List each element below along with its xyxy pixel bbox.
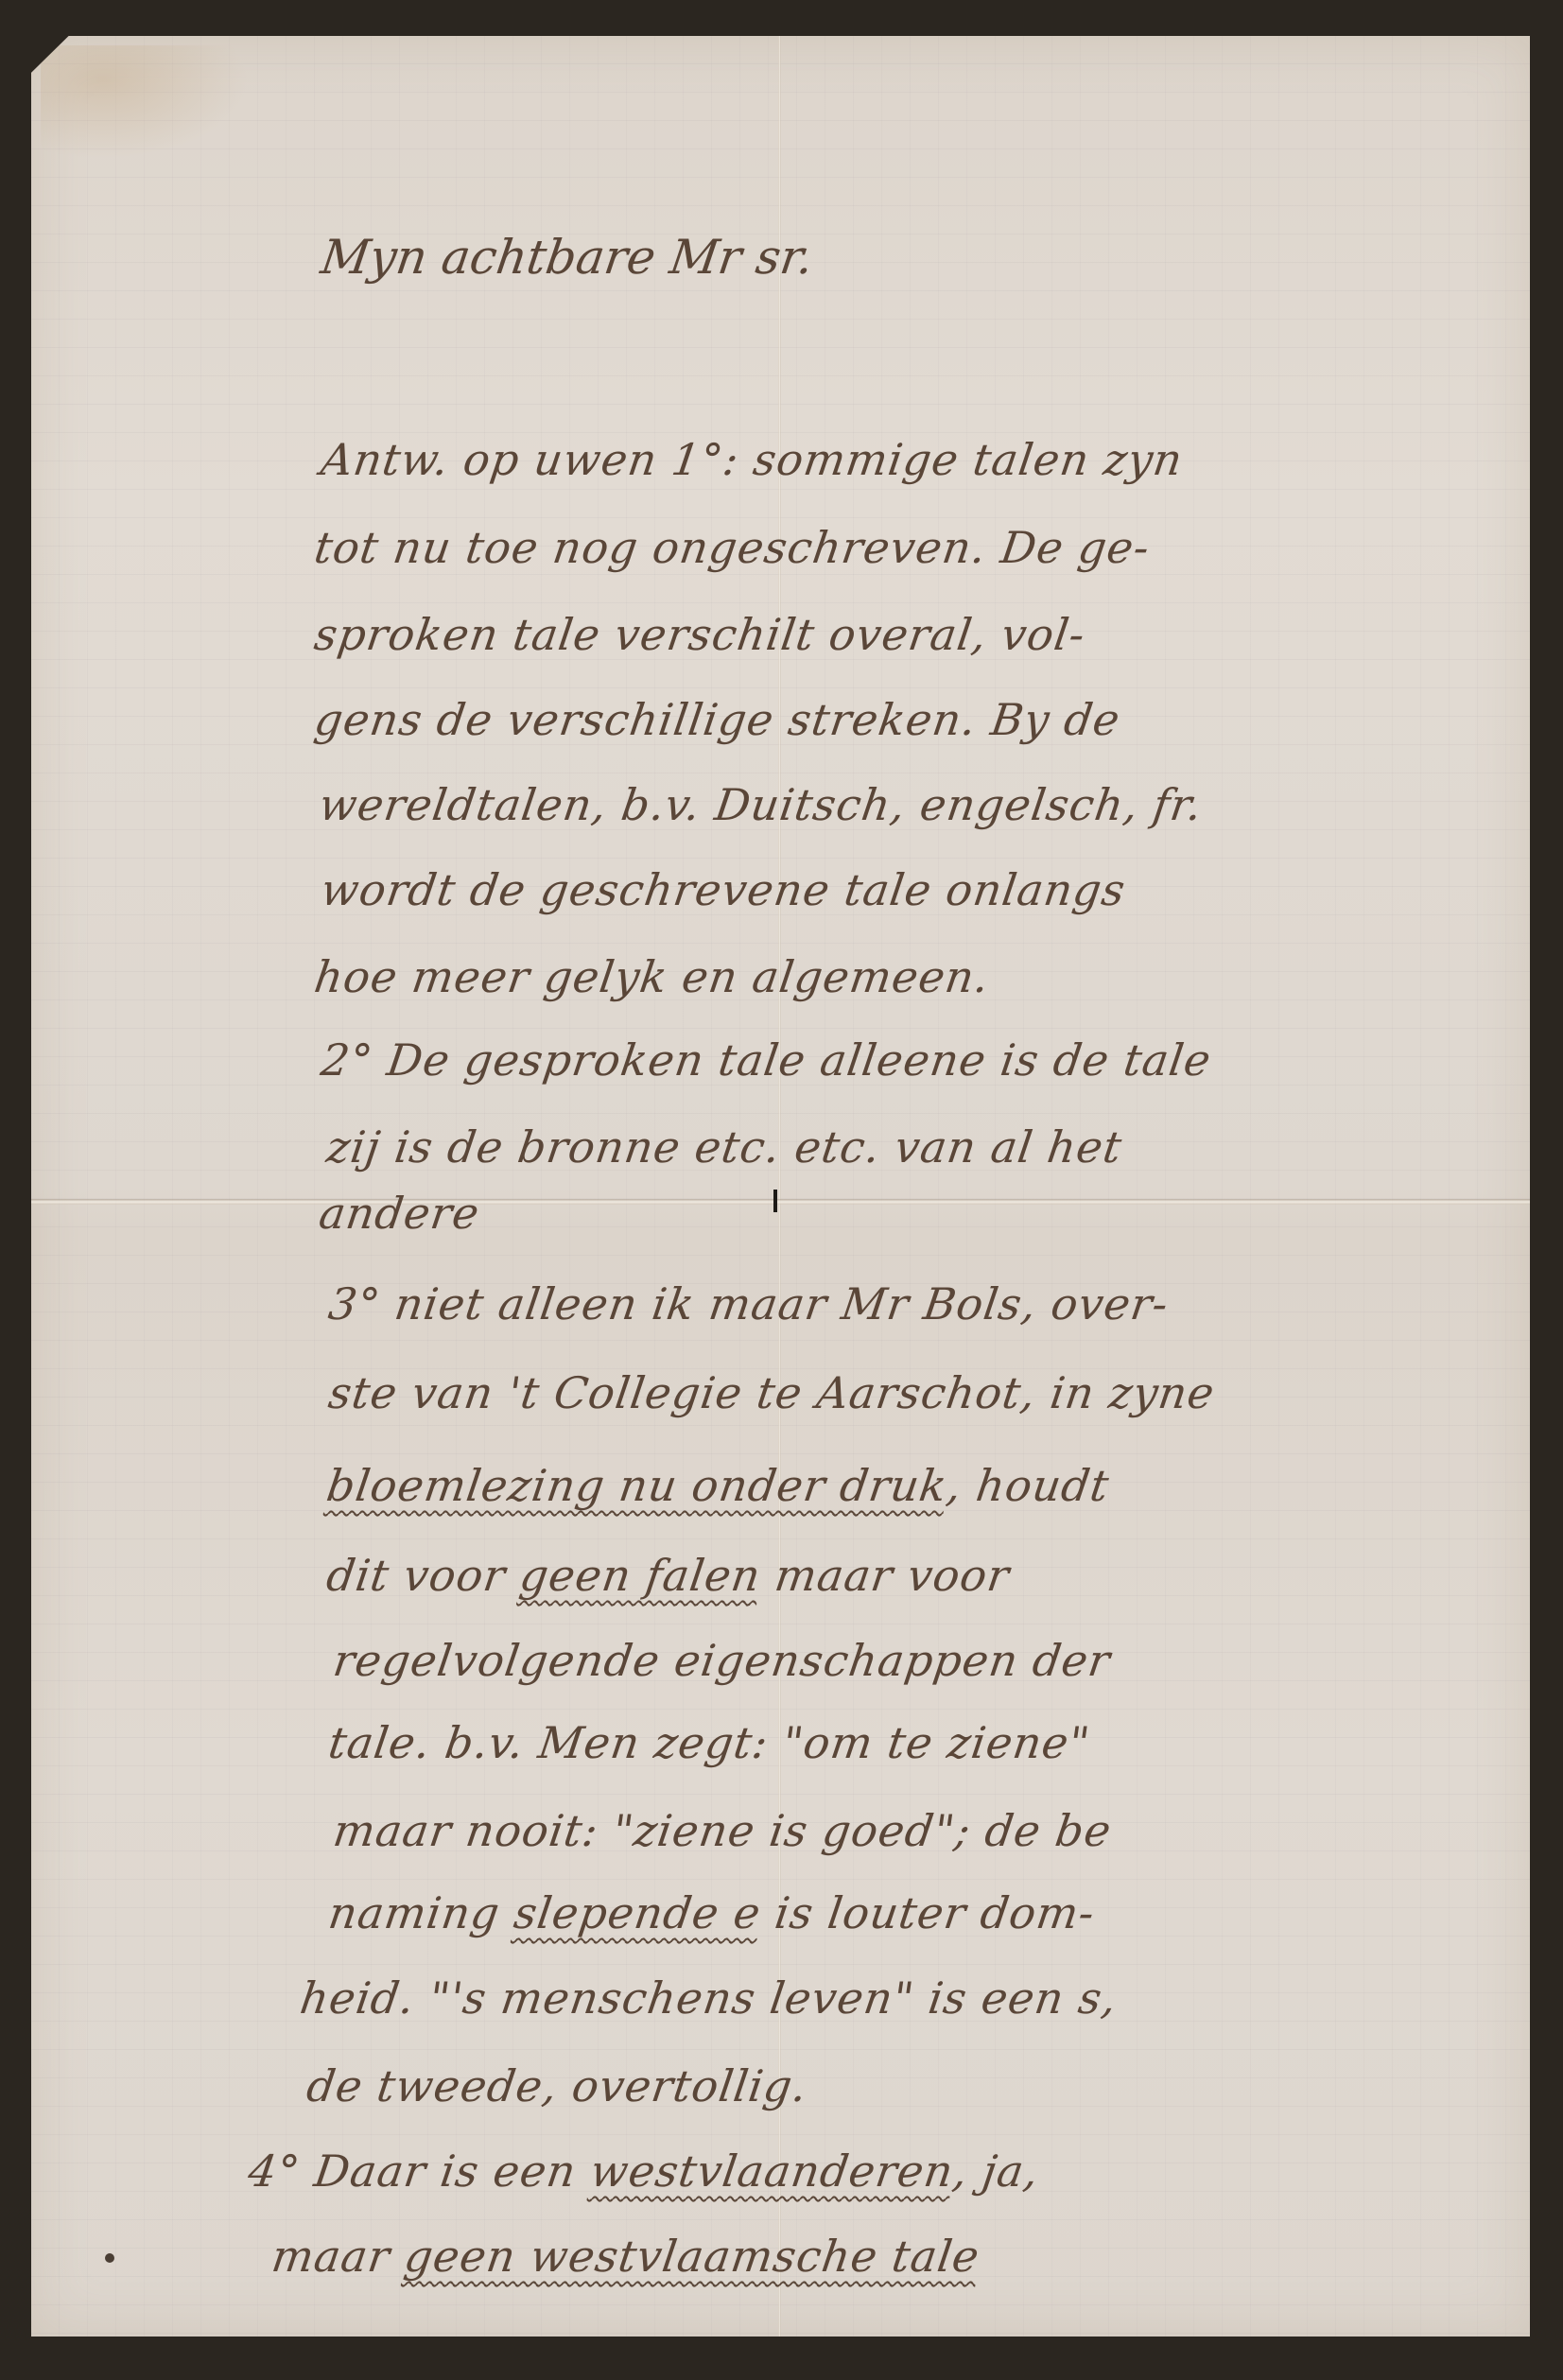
underlined-phrase: westvlaanderen bbox=[587, 2145, 957, 2197]
line-fragment: is louter dom- bbox=[757, 1887, 1099, 1938]
letter-line: de tweede, overtollig. bbox=[304, 2064, 810, 2108]
line-fragment: , ja, bbox=[949, 2145, 1042, 2197]
line-fragment: maar bbox=[269, 2231, 408, 2282]
letter-line: gens de verschillige streken. By de bbox=[312, 698, 1123, 741]
letter-line-underlined: maar geen westvlaamsche tale bbox=[269, 2234, 982, 2278]
letter-line: ste van 't Collegie te Aarschot, in zyne bbox=[326, 1371, 1218, 1415]
letter-line: wereldtalen, b.v. Duitsch, engelsch, fr. bbox=[317, 783, 1206, 826]
letter-line: Antw. op uwen 1°: sommige talen zyn bbox=[319, 438, 1186, 481]
letter-body: Myn achtbare Mr sr. Antw. op uwen 1°: so… bbox=[31, 36, 1530, 2337]
line-fragment: naming bbox=[325, 1887, 518, 1938]
letter-line-underlined: naming slepende e is louter dom- bbox=[326, 1891, 1098, 1935]
letter-line-underlined: bloemlezing nu onder druk, houdt bbox=[324, 1464, 1112, 1507]
line-fragment: maar voor bbox=[757, 1550, 1014, 1601]
line-fragment: dit voor bbox=[323, 1550, 524, 1601]
underlined-phrase: bloemlezing nu onder druk bbox=[323, 1460, 950, 1511]
letter-line: maar nooit: "ziene is goed"; de be bbox=[331, 1809, 1115, 1852]
letter-line: zij is de bronne etc. etc. van al het bbox=[324, 1125, 1125, 1169]
letter-page: Myn achtbare Mr sr. Antw. op uwen 1°: so… bbox=[31, 36, 1530, 2337]
letter-line-underlined: 4° Daar is een westvlaanderen, ja, bbox=[246, 2149, 1042, 2193]
letter-line: andere bbox=[317, 1191, 482, 1235]
underlined-phrase: geen westvlaamsche tale bbox=[401, 2231, 982, 2282]
letter-line: regelvolgende eigenschappen der bbox=[331, 1639, 1114, 1682]
letter-line: tale. b.v. Men zegt: "om te ziene" bbox=[326, 1721, 1093, 1764]
letter-line: wordt de geschrevene tale onlangs bbox=[319, 868, 1129, 912]
letter-line: tot nu toe nog ongeschreven. De ge- bbox=[312, 526, 1153, 569]
letter-line: sproken tale verschilt overal, vol- bbox=[312, 613, 1088, 656]
salutation: Myn achtbare Mr sr. bbox=[318, 230, 817, 285]
letter-line: heid. "'s menschens leven" is een s, bbox=[298, 1976, 1120, 2020]
line-fragment: 4° Daar is een bbox=[245, 2145, 594, 2197]
underlined-phrase: geen falen bbox=[516, 1550, 764, 1601]
letter-line: hoe meer gelyk en algemeen. bbox=[312, 955, 993, 999]
letter-line: 2° De gesproken tale alleene is de tale bbox=[319, 1038, 1214, 1082]
line-fragment: , houdt bbox=[944, 1460, 1113, 1511]
underlined-phrase: slepende e bbox=[511, 1887, 764, 1938]
letter-line: 3° niet alleen ik maar Mr Bols, over- bbox=[326, 1282, 1172, 1326]
letter-line-underlined: dit voor geen falen maar voor bbox=[324, 1554, 1013, 1597]
